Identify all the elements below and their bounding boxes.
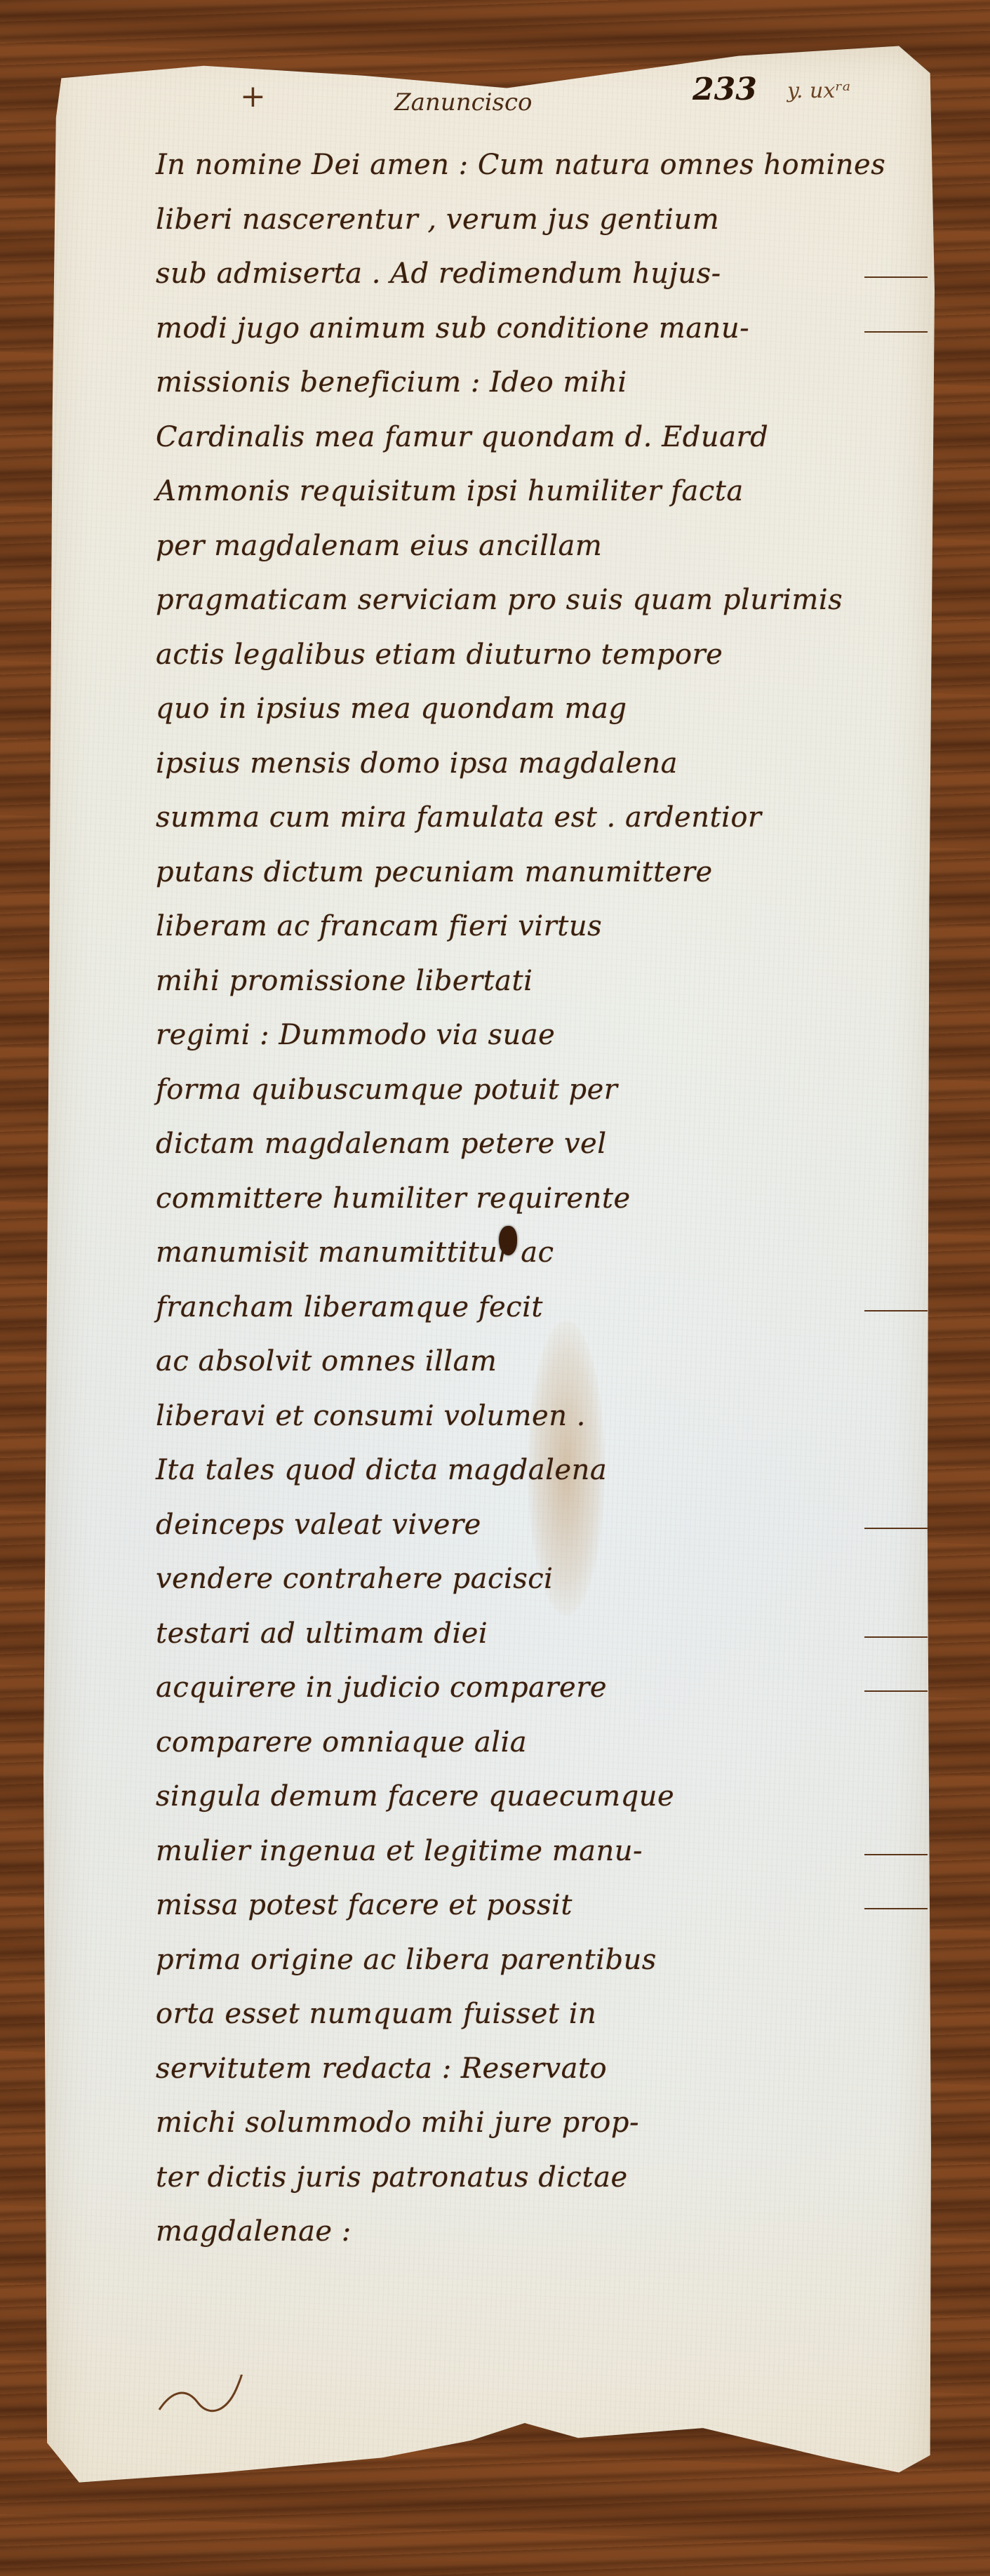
manuscript-line: comparere omniaque alia bbox=[156, 1716, 914, 1770]
manuscript-line: francham liberamque fecit bbox=[156, 1281, 914, 1335]
manuscript-line: magdalenae : bbox=[156, 2205, 914, 2260]
manuscript-line: forma quibuscumque potuit per bbox=[156, 1063, 914, 1118]
manuscript-line: orta esset numquam fuisset in bbox=[156, 1987, 914, 2042]
parchment-sheet: + Zanuncisco 233 y. uxʳᵃ In nomine Dei a… bbox=[44, 44, 935, 2517]
manuscript-line: michi solummodo mihi jure prop- bbox=[156, 2096, 914, 2151]
manuscript-line: servitutem redacta : Reservato bbox=[156, 2042, 914, 2097]
manuscript-line: modi jugo animum sub conditione manu- bbox=[156, 302, 914, 356]
manuscript-line: ipsius mensis domo ipsa magdalena bbox=[156, 737, 914, 792]
manuscript-line: regimi : Dummodo via suae bbox=[156, 1008, 914, 1063]
manuscript-line: mihi promissione libertati bbox=[156, 954, 914, 1009]
manuscript-line: manumisit manumittitur ac bbox=[156, 1226, 914, 1281]
manuscript-line: Cardinalis mea famur quondam d. Eduard bbox=[156, 411, 914, 465]
manuscript-line: Ita tales quod dicta magdalena bbox=[156, 1443, 914, 1498]
manuscript-line: pragmaticam serviciam pro suis quam plur… bbox=[156, 573, 914, 628]
manuscript-line: liberi nascerentur , verum jus gentium bbox=[156, 193, 914, 248]
heading-word: Zanuncisco bbox=[394, 88, 532, 116]
manuscript-line: vendere contrahere pacisci bbox=[156, 1552, 914, 1607]
manuscript-line: missionis beneficium : Ideo mihi bbox=[156, 356, 914, 411]
manuscript-line: Ammonis requisitum ipsi humiliter facta bbox=[156, 465, 914, 519]
closing-flourish-icon bbox=[156, 2375, 296, 2417]
folio-number: 233 bbox=[693, 72, 757, 107]
manuscript-line: testari ad ultimam diei bbox=[156, 1607, 914, 1662]
manuscript-line: singula demum facere quaecumque bbox=[156, 1770, 914, 1824]
manuscript-line: actis legalibus etiam diuturno tempore bbox=[156, 628, 914, 683]
manuscript-line: missa potest facere et possit bbox=[156, 1878, 914, 1933]
manuscript-line: per magdalenam eius ancillam bbox=[156, 519, 914, 574]
manuscript-line: mulier ingenua et legitime manu- bbox=[156, 1824, 914, 1879]
manuscript-line: ter dictis juris patronatus dictae bbox=[156, 2151, 914, 2205]
folio-note: y. uxʳᵃ bbox=[787, 79, 850, 103]
manuscript-line: In nomine Dei amen : Cum natura omnes ho… bbox=[156, 138, 914, 193]
manuscript-line: deinceps valeat vivere bbox=[156, 1498, 914, 1553]
manuscript-line: quo in ipsius mea quondam mag bbox=[156, 682, 914, 737]
manuscript-line: sub admiserta . Ad redimendum hujus- bbox=[156, 247, 914, 302]
manuscript-line: summa cum mira famulata est . ardentior bbox=[156, 791, 914, 846]
manuscript-line: liberavi et consumi volumen . bbox=[156, 1389, 914, 1444]
manuscript-line: prima origine ac libera parentibus bbox=[156, 1933, 914, 1988]
manuscript-body: In nomine Dei amen : Cum natura omnes ho… bbox=[156, 138, 914, 2260]
manuscript-line: ac absolvit omnes illam bbox=[156, 1335, 914, 1389]
manuscript-line: putans dictum pecuniam manumittere bbox=[156, 846, 914, 900]
cross-mark-icon: + bbox=[240, 79, 266, 114]
manuscript-line: committere humiliter requirente bbox=[156, 1172, 914, 1227]
manuscript-line: liberam ac francam fieri virtus bbox=[156, 900, 914, 954]
manuscript-line: dictam magdalenam petere vel bbox=[156, 1117, 914, 1172]
manuscript-line: acquirere in judicio comparere bbox=[156, 1661, 914, 1716]
